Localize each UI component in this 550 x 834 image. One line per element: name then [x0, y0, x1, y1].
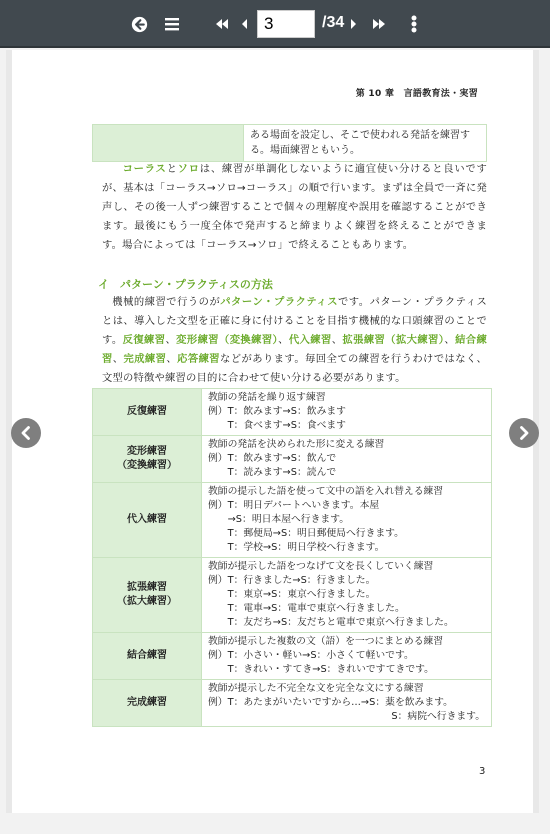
desc-line: S：病院へ行きます。 [208, 710, 485, 724]
desc-line: 教師の発話を決められた形に変える練習 [208, 438, 485, 452]
desc-line: T：きれい・すてき→S：きれいですてきです。 [208, 663, 485, 677]
pattern-practice-paragraph: 機械的練習で行うのがパターン・プラクティスです。パターン・プラクティスとは、導入… [102, 293, 487, 388]
continued-table: ある場面を設定し、そこで使われる発話を練習す る。場面練習ともいう。 [92, 124, 487, 162]
term: 代入練習 [289, 334, 332, 346]
desc-line: 例）T：明日デパートへいきます。本屋 [208, 499, 485, 513]
desc-line: T：読みます→S：読んで [208, 466, 485, 480]
term-solo: ソロ [178, 163, 200, 175]
text: と [167, 163, 178, 175]
desc-line: T：学校→S：明日学校へ行きます。 [208, 541, 485, 555]
desc-line: 例）T：小さい・軽い→S：小さくて軽いです。 [208, 649, 485, 663]
desc-line: T：郵便局→S：明日郵便局へ行きます。 [208, 527, 485, 541]
table-row: 拡張練習 （拡大練習） 教師が提示した語をつなげて文を長くしていく練習 例）T：… [93, 558, 492, 633]
text: 、 [113, 353, 124, 365]
prev-page-arrow[interactable] [11, 418, 41, 448]
section-heading: イ パターン・プラクティスの方法 [98, 276, 273, 292]
page-number-input[interactable] [257, 10, 315, 38]
text: 、 [165, 334, 176, 346]
triangle-right-icon [350, 18, 357, 30]
practice-name-cell: 拡張練習 （拡大練習） [93, 558, 202, 633]
term: 拡張練習（拡大練習） [342, 334, 444, 346]
term-chorus: コーラス [123, 163, 167, 175]
text: 、 [278, 334, 289, 346]
page-number: 3 [479, 766, 485, 777]
practice-desc-cell: 教師が提示した複数の文（語）を一つにまとめる練習 例）T：小さい・軽い→S：小さ… [202, 633, 492, 680]
practice-desc-cell: 教師が提示した語をつなげて文を長くしていく練習 例）T：行きました→S：行きまし… [202, 558, 492, 633]
term: 応答練習 [177, 353, 220, 365]
text: は、練習が単調化しないように適宜使い分けると良いですが、基本は「コーラス→ソロ→… [102, 163, 487, 251]
term: 変形練習（変換練習） [176, 334, 278, 346]
desc-line: 教師の提示した語を使って文中の語を入れ替える練習 [208, 485, 485, 499]
practice-name: 代入練習 [94, 513, 200, 527]
practice-name: 変形練習 [94, 445, 200, 459]
text: 、 [166, 353, 177, 365]
practice-name-cell: 完成練習 [93, 680, 202, 727]
desc-line: 教師が提示した語をつなげて文を長くしていく練習 [208, 560, 485, 574]
practice-name-cell: 代入練習 [93, 483, 202, 558]
double-chevron-right-icon [372, 18, 386, 30]
practice-name-cell: 結合練習 [93, 633, 202, 680]
practice-types-table: 反復練習 教師の発話を繰り返す練習 例）T：飲みます→S：飲みます T：食べます… [92, 388, 492, 727]
practice-desc-cell: 教師が提示した不完全な文を完全な文にする練習 例）T：あたまがいたいですから…→… [202, 680, 492, 727]
practice-desc-cell: 教師の発話を決められた形に変える練習 例）T：飲みます→S：飲んで T：読みます… [202, 436, 492, 483]
last-page-button[interactable] [370, 16, 388, 32]
text: 、 [332, 334, 343, 346]
chevron-right-circle-icon [516, 425, 532, 441]
menu-button[interactable] [163, 15, 181, 33]
vertical-dots-icon [411, 15, 417, 33]
desc-line: →S：明日本屋へ行きます。 [208, 513, 485, 527]
practice-desc-cell: 教師の提示した語を使って文中の語を入れ替える練習 例）T：明日デパートへいきます… [202, 483, 492, 558]
continued-table-left-cell [93, 125, 244, 162]
desc-line: 例）T：あたまがいたいですから…→S：薬を飲みます。 [208, 696, 485, 710]
next-page-button[interactable] [347, 16, 359, 32]
table-row: 反復練習 教師の発話を繰り返す練習 例）T：飲みます→S：飲みます T：食べます… [93, 389, 492, 436]
chevron-left-circle-icon [18, 425, 34, 441]
table-row: 代入練習 教師の提示した語を使って文中の語を入れ替える練習 例）T：明日デパート… [93, 483, 492, 558]
first-page-button[interactable] [213, 16, 231, 32]
continued-line: ある場面を設定し、そこで使われる発話を練習す [250, 128, 480, 143]
desc-line: T：友だち→S：友だちと電車で東京へ行きました。 [208, 616, 485, 630]
desc-line: T：東京→S：東京へ行きました。 [208, 588, 485, 602]
total-pages-label: /34 [322, 14, 344, 32]
practice-name: 拡張練習 [94, 581, 200, 595]
term: 完成練習 [123, 353, 166, 365]
practice-name: 完成練習 [94, 696, 200, 710]
more-options-button[interactable] [408, 14, 420, 34]
desc-line: 例）T：飲みます→S：飲んで [208, 452, 485, 466]
table-row: 完成練習 教師が提示した不完全な文を完全な文にする練習 例）T：あたまがいたいで… [93, 680, 492, 727]
desc-line: T：食べます→S：食べます [208, 419, 485, 433]
back-button[interactable] [130, 15, 148, 33]
table-row: 結合練習 教師が提示した複数の文（語）を一つにまとめる練習 例）T：小さい・軽い… [93, 633, 492, 680]
chorus-solo-paragraph: コーラスとソロは、練習が単調化しないように適宜使い分けると良いですが、基本は「コ… [102, 160, 487, 255]
continued-line: る。場面練習ともいう。 [250, 143, 480, 158]
practice-alt-name: （変換練習） [94, 459, 200, 473]
prev-page-button[interactable] [238, 16, 250, 32]
hamburger-menu-icon [164, 16, 180, 32]
practice-name-cell: 反復練習 [93, 389, 202, 436]
desc-line: 例）T：飲みます→S：飲みます [208, 405, 485, 419]
practice-name: 反復練習 [94, 405, 200, 419]
chapter-header: 第 10 章 言語教育法・実習 [356, 86, 478, 99]
next-page-arrow[interactable] [509, 418, 539, 448]
desc-line: 教師の発話を繰り返す練習 [208, 391, 485, 405]
practice-name: 結合練習 [94, 649, 200, 663]
term: パターン・プラクティス [220, 296, 338, 308]
document-page: 第 10 章 言語教育法・実習 ある場面を設定し、そこで使われる発話を練習す る… [6, 50, 539, 813]
desc-line: T：電車→S：電車で東京へ行きました。 [208, 602, 485, 616]
double-chevron-left-icon [215, 18, 229, 30]
term: 反復練習 [123, 334, 166, 346]
triangle-left-icon [241, 18, 248, 30]
pdf-toolbar: /34 [0, 0, 550, 48]
text: 機械的練習で行うのが [112, 296, 220, 308]
circle-arrow-left-icon [131, 16, 148, 33]
text: 、 [444, 334, 455, 346]
desc-line: 教師が提示した不完全な文を完全な文にする練習 [208, 682, 485, 696]
practice-alt-name: （拡大練習） [94, 595, 200, 609]
practice-name-cell: 変形練習 （変換練習） [93, 436, 202, 483]
desc-line: 教師が提示した複数の文（語）を一つにまとめる練習 [208, 635, 485, 649]
table-row: 変形練習 （変換練習） 教師の発話を決められた形に変える練習 例）T：飲みます→… [93, 436, 492, 483]
continued-table-right-cell: ある場面を設定し、そこで使われる発話を練習す る。場面練習ともいう。 [244, 125, 487, 162]
desc-line: 例）T：行きました→S：行きました。 [208, 574, 485, 588]
practice-desc-cell: 教師の発話を繰り返す練習 例）T：飲みます→S：飲みます T：食べます→S：食べ… [202, 389, 492, 436]
